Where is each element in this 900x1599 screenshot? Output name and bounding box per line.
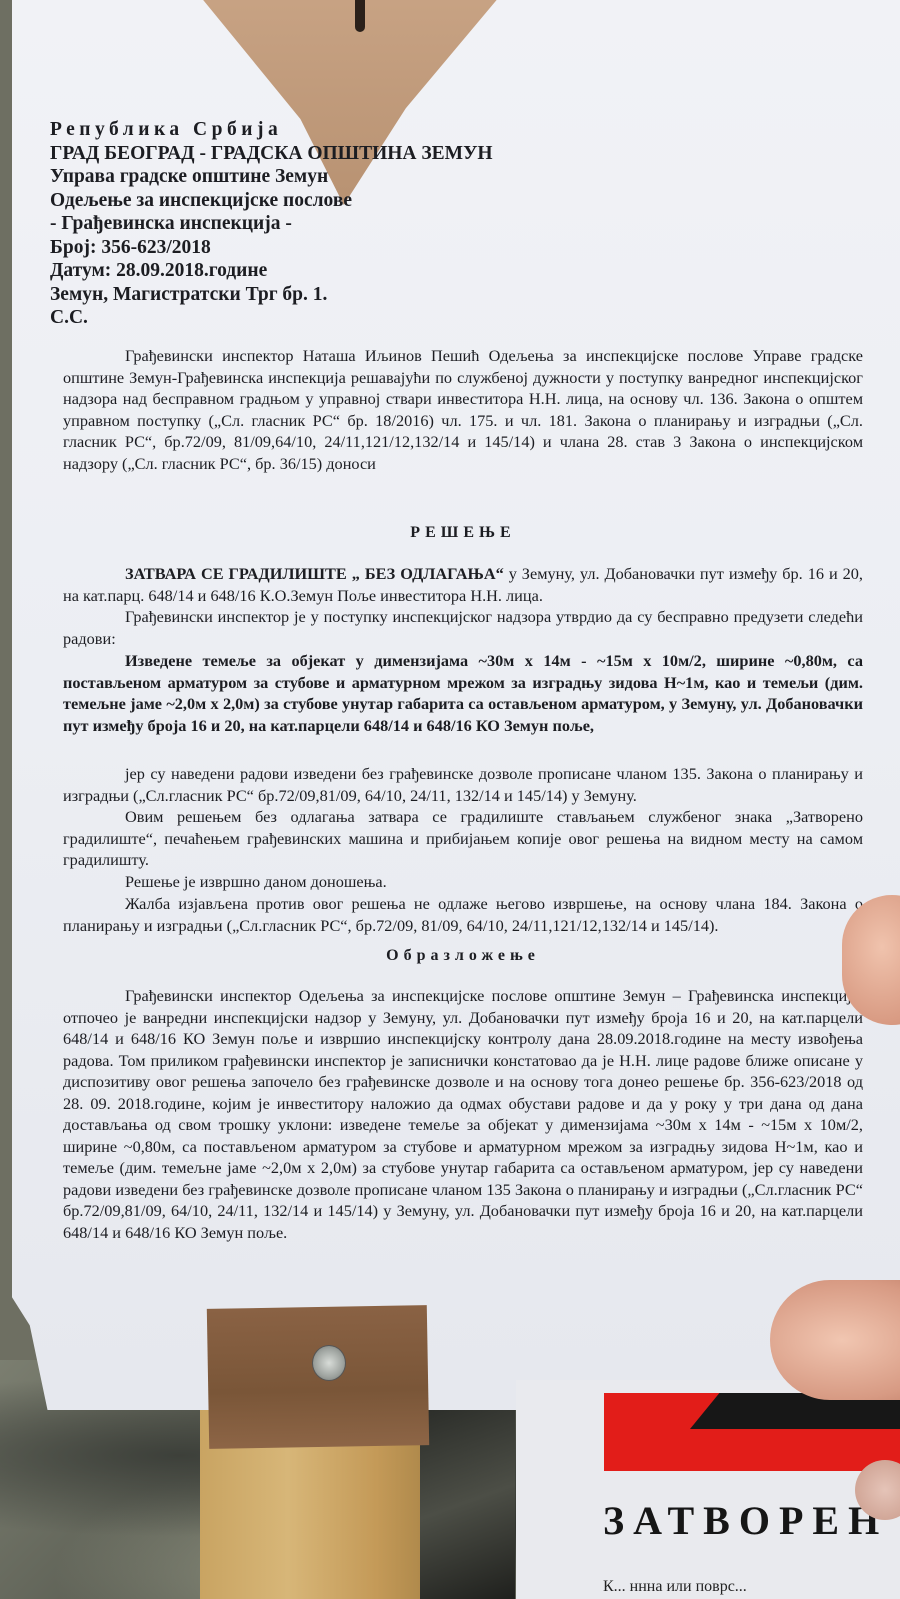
dark-board <box>420 1405 515 1599</box>
closure-paragraph: Овим решењем без одлагања затвара се гра… <box>63 806 863 871</box>
appeal-paragraph: Жалба изјављена против овог решења не од… <box>63 893 863 936</box>
header-number: Број: 356-623/2018 <box>50 236 493 260</box>
decision-title: РЕШЕЊЕ <box>63 522 863 544</box>
explanation-paragraph: Грађевински инспектор Одељења за инспекц… <box>63 985 863 1243</box>
header-address: Земун, Магистратски Трг бр. 1. <box>50 283 493 307</box>
decision-lead-bold: ЗАТВАРА СЕ ГРАДИЛИШТЕ „ БЕЗ ОДЛАГАЊА“ <box>125 564 504 583</box>
explanation-title: Образложење <box>63 945 863 967</box>
header-department: Одељење за инспекцијске послове <box>50 189 493 213</box>
header-city: ГРАД БЕОГРАД - ГРАДСКА ОПШТИНА ЗЕМУН <box>50 142 493 166</box>
nail-icon <box>312 1345 346 1381</box>
finger-bottom <box>770 1280 900 1400</box>
enforceable-paragraph: Решење је извршно даном доношења. <box>63 871 863 893</box>
header-unit: - Грађевинска инспекција - <box>50 212 493 236</box>
header-country: Република Србија <box>50 118 493 142</box>
header-date: Датум: 28.09.2018.године <box>50 259 493 283</box>
header-initials: С.С. <box>50 306 493 330</box>
finding-intro: Грађевински инспектор је у поступку инсп… <box>63 606 863 649</box>
sign-title: ЗАТВОРЕН <box>603 1497 888 1544</box>
preamble-paragraph: Грађевински инспектор Наташа Иљинов Пеши… <box>63 345 863 474</box>
reason-paragraph: јер су наведени радови изведени без грађ… <box>63 763 863 806</box>
header-administration: Управа градске општине Земун <box>50 165 493 189</box>
document-header: Република Србија ГРАД БЕОГРАД - ГРАДСКА … <box>50 118 493 330</box>
decision-lead-paragraph: ЗАТВАРА СЕ ГРАДИЛИШТЕ „ БЕЗ ОДЛАГАЊА“ у … <box>63 563 863 606</box>
works-description: Изведене темеље за објекат у димензијама… <box>63 650 863 736</box>
sign-subtitle: К... ннна или поврс... <box>603 1578 747 1596</box>
